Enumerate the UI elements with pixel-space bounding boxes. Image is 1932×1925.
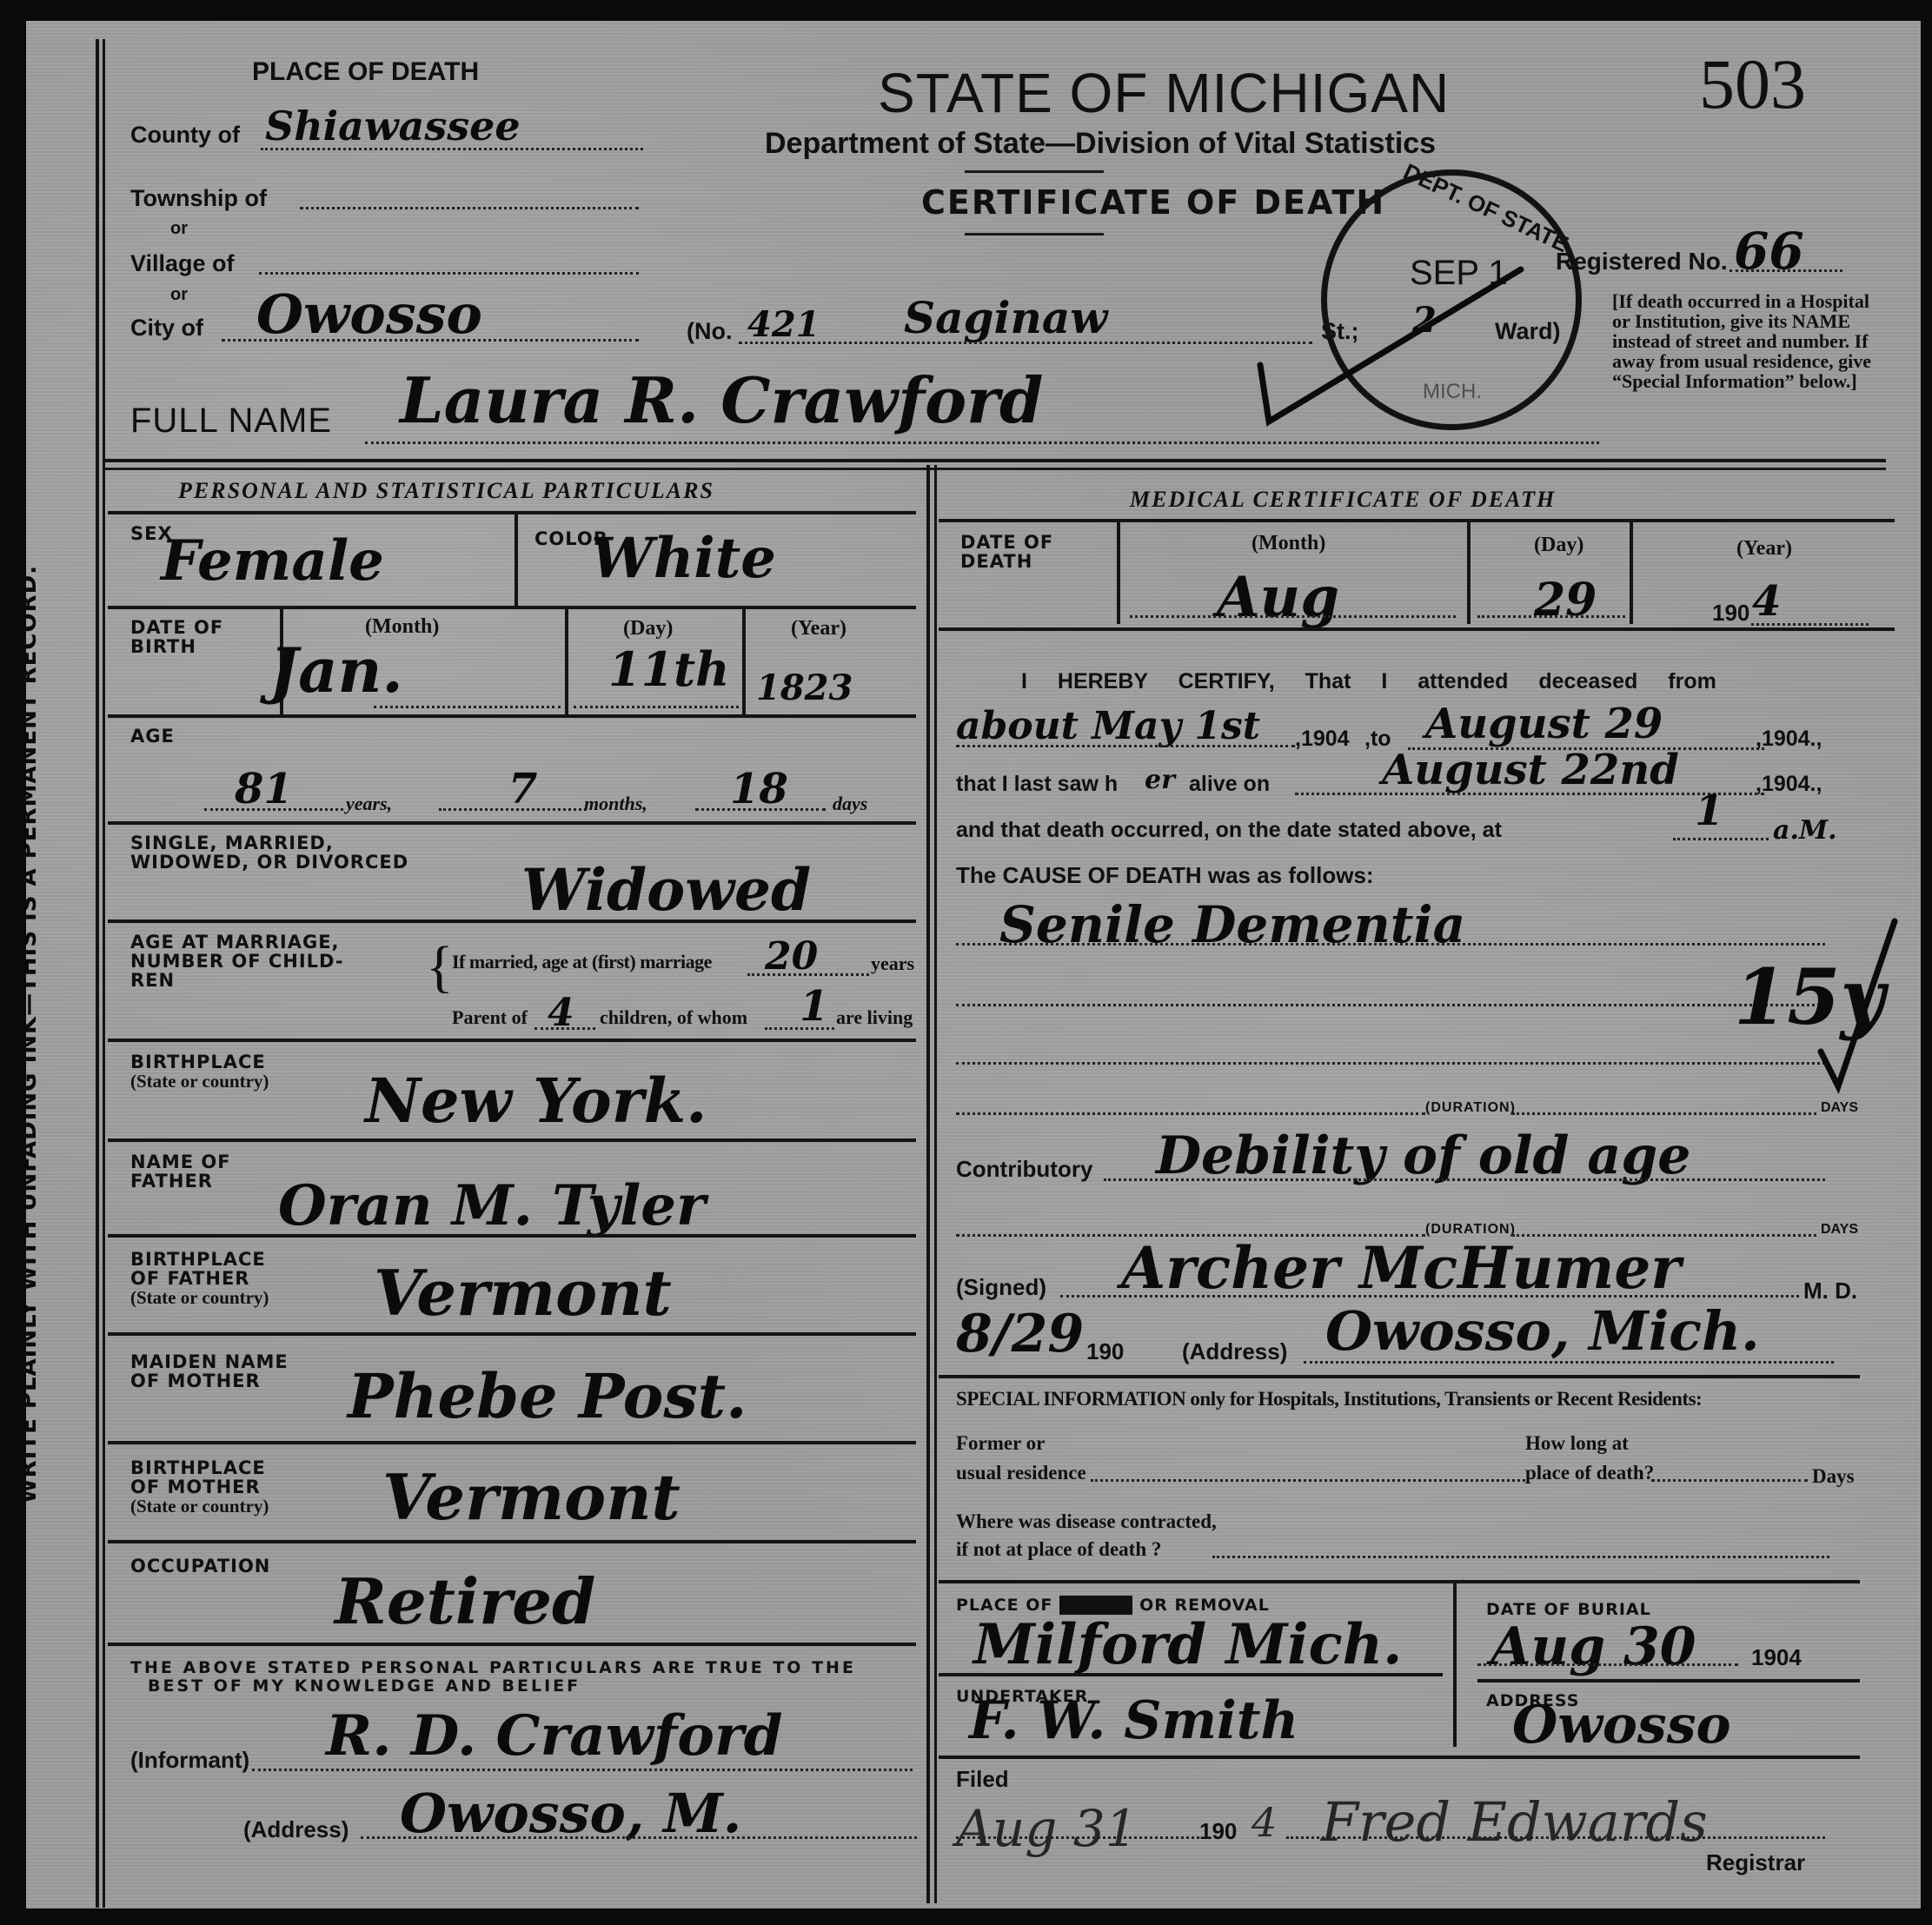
rule bbox=[108, 511, 916, 514]
duration-check-icon bbox=[1808, 913, 1903, 1095]
dod-day-label: (Day) bbox=[1534, 534, 1583, 557]
rule bbox=[695, 808, 826, 811]
rule bbox=[1477, 1679, 1860, 1683]
medical-address-value[interactable]: Owosso, Mich. bbox=[1325, 1299, 1760, 1363]
rule bbox=[956, 1112, 1425, 1115]
filed-label: Filed bbox=[956, 1766, 1009, 1793]
marriage-label-3: REN bbox=[130, 970, 175, 991]
undertaker-value[interactable]: F. W. Smith bbox=[969, 1690, 1298, 1751]
attest-line-2: BEST OF MY KNOWLEDGE AND BELIEF bbox=[148, 1676, 581, 1696]
informant-label: (Informant) bbox=[130, 1747, 249, 1774]
street-no-value[interactable]: 421 bbox=[747, 304, 820, 345]
place-of-death-heading: PLACE OF DEATH bbox=[252, 57, 479, 87]
age-days-value[interactable]: 18 bbox=[730, 765, 788, 813]
dob-label-1: DATE OF bbox=[130, 617, 223, 638]
certificate-title: CERTIFICATE OF DEATH bbox=[921, 185, 1385, 220]
rule bbox=[939, 519, 1895, 522]
father-bp-label-2: OF FATHER bbox=[130, 1268, 249, 1289]
rule bbox=[1286, 1836, 1825, 1839]
rule bbox=[108, 1332, 916, 1336]
informant-value[interactable]: R. D. Crawford bbox=[326, 1703, 782, 1769]
howlong-label-2: place of death? bbox=[1525, 1462, 1654, 1484]
street-value[interactable]: Saginaw bbox=[904, 292, 1107, 343]
alive-on-text: alive on bbox=[1189, 772, 1270, 797]
filed-value[interactable]: Aug 31 bbox=[956, 1799, 1138, 1858]
marriage-label-1: AGE AT MARRIAGE, bbox=[130, 932, 340, 953]
signed-value[interactable]: Archer McHumer bbox=[1121, 1234, 1681, 1302]
rule bbox=[1630, 521, 1633, 624]
sign-date[interactable]: 8/29 bbox=[956, 1304, 1084, 1364]
contributory-label: Contributory bbox=[956, 1156, 1092, 1183]
birthplace-value[interactable]: New York. bbox=[365, 1065, 707, 1137]
father-label-1: NAME OF bbox=[130, 1152, 231, 1172]
last-saw-her[interactable]: er bbox=[1145, 765, 1175, 795]
city-value[interactable]: Owosso bbox=[256, 282, 482, 346]
father-bp-label-3: (State or country) bbox=[130, 1287, 269, 1309]
time-value[interactable]: 1 bbox=[1695, 787, 1723, 835]
rule bbox=[765, 1027, 834, 1030]
dod-month-value[interactable]: Aug bbox=[1217, 565, 1339, 630]
howlong-label-1: How long at bbox=[1525, 1432, 1629, 1455]
father-bp-value[interactable]: Vermont bbox=[374, 1256, 672, 1330]
rule bbox=[108, 606, 916, 609]
county-line bbox=[261, 148, 643, 150]
state-title: STATE OF MICHIGAN bbox=[878, 61, 1450, 125]
birthplace-label-1: BIRTHPLACE bbox=[130, 1052, 266, 1072]
years-label: years, bbox=[346, 793, 392, 815]
sign-year: 190 bbox=[1086, 1338, 1124, 1365]
rule bbox=[939, 1756, 1860, 1759]
hospital-note: [If death occurred in a Hospital or Inst… bbox=[1612, 291, 1873, 391]
certify-text: I HEREBY CERTIFY, That I attended deceas… bbox=[1021, 669, 1716, 694]
rule bbox=[1295, 793, 1764, 795]
rule bbox=[1467, 521, 1471, 624]
signed-label: (Signed) bbox=[956, 1274, 1046, 1301]
last-saw-text: that I last saw h bbox=[956, 772, 1118, 797]
rule bbox=[108, 1441, 916, 1444]
mother-bp-label-2: OF MOTHER bbox=[130, 1477, 261, 1497]
informant-address-label: (Address) bbox=[243, 1816, 349, 1843]
dod-year-label: (Year) bbox=[1736, 537, 1792, 561]
medical-address-label: (Address) bbox=[1182, 1338, 1287, 1365]
marital-label-1: SINGLE, MARRIED, bbox=[130, 833, 334, 853]
mother-bp-label-3: (State or country) bbox=[130, 1496, 269, 1517]
age-years-value[interactable]: 81 bbox=[235, 765, 293, 813]
cause-label: The CAUSE OF DEATH was as follows: bbox=[956, 862, 1374, 889]
rule bbox=[1104, 1178, 1825, 1181]
age-label: AGE bbox=[130, 726, 175, 747]
occurred-text: and that death occurred, on the date sta… bbox=[956, 818, 1502, 843]
village-label: Village of bbox=[130, 250, 235, 277]
rule bbox=[515, 513, 518, 608]
age-months-value[interactable]: 7 bbox=[508, 765, 537, 813]
township-value[interactable] bbox=[304, 174, 634, 209]
registrar-signature[interactable]: Fred Edwards bbox=[1321, 1790, 1708, 1854]
full-name-value[interactable]: Laura R. Crawford bbox=[400, 363, 1043, 437]
dob-day-value[interactable]: 11th bbox=[608, 641, 729, 697]
contracted-input[interactable] bbox=[1212, 1556, 1829, 1558]
dob-month-value[interactable]: Jan. bbox=[269, 634, 403, 707]
father-value[interactable]: Oran M. Tyler bbox=[278, 1173, 706, 1238]
rule bbox=[108, 1540, 916, 1543]
rule bbox=[956, 1836, 1199, 1839]
color-value[interactable]: White bbox=[591, 526, 776, 591]
mother-bp-label-1: BIRTHPLACE bbox=[130, 1457, 266, 1478]
filed-year: 190 bbox=[1199, 1818, 1237, 1845]
mother-value[interactable]: Phebe Post. bbox=[348, 1360, 747, 1432]
rule bbox=[1673, 838, 1769, 840]
registered-no-label: Registered No. bbox=[1556, 248, 1728, 275]
rule bbox=[1453, 1583, 1457, 1747]
county-value[interactable]: Shiawassee bbox=[265, 103, 521, 149]
living-value[interactable]: 1 bbox=[800, 982, 828, 1031]
street-no-label: (No. bbox=[687, 318, 732, 345]
special-heading: SPECIAL INFORMATION only for Hospitals, … bbox=[956, 1388, 1702, 1411]
form-number: 503 bbox=[1699, 43, 1806, 125]
year-2: ,1904., bbox=[1756, 727, 1822, 752]
contracted-label-2: if not at place of death ? bbox=[956, 1538, 1161, 1561]
dob-day-label: (Day) bbox=[623, 617, 673, 641]
father-label-2: FATHER bbox=[130, 1171, 213, 1192]
contracted-label-1: Where was disease contracted, bbox=[956, 1510, 1217, 1533]
rule bbox=[108, 714, 916, 718]
rule bbox=[1060, 1295, 1799, 1298]
father-bp-label-1: BIRTHPLACE bbox=[130, 1249, 266, 1270]
rule bbox=[108, 1234, 916, 1238]
rule bbox=[361, 1836, 917, 1839]
rule bbox=[108, 1643, 916, 1646]
left-border-rule bbox=[96, 39, 99, 1908]
birthplace-label-2: (State or country) bbox=[130, 1071, 269, 1092]
days-label: days bbox=[833, 793, 867, 815]
township-line bbox=[300, 207, 639, 209]
rule bbox=[439, 808, 587, 811]
married-age-value[interactable]: 20 bbox=[765, 934, 818, 979]
howlong-unit: Days bbox=[1812, 1465, 1855, 1488]
left-border-rule-inner bbox=[103, 39, 105, 1908]
margin-instruction: WRITE PLAINLY WITH UNFADING INK—THIS IS … bbox=[16, 565, 42, 1503]
duration-label-1: (DURATION) bbox=[1425, 1100, 1516, 1116]
dob-year-label: (Year) bbox=[791, 617, 846, 641]
rule bbox=[108, 1039, 916, 1042]
registrar-label: Registrar bbox=[1706, 1849, 1805, 1876]
dod-year-suffix[interactable]: 4 bbox=[1752, 577, 1781, 626]
personal-heading: PERSONAL AND STATISTICAL PARTICULARS bbox=[178, 478, 714, 504]
rule bbox=[939, 627, 1895, 631]
title-rule-bottom bbox=[965, 233, 1104, 236]
rule bbox=[108, 919, 916, 923]
dod-label-2: DEATH bbox=[960, 551, 1032, 572]
burial-year: 1904 bbox=[1751, 1644, 1802, 1671]
last-saw-date[interactable]: August 22nd bbox=[1382, 746, 1679, 794]
full-name-label: FULL NAME bbox=[130, 402, 332, 441]
burial-place-value[interactable]: Milford Mich. bbox=[973, 1612, 1402, 1677]
occupation-label: OCCUPATION bbox=[130, 1556, 270, 1577]
or-label-1: or bbox=[170, 219, 188, 239]
rule bbox=[1512, 1112, 1816, 1115]
city-line bbox=[222, 339, 639, 342]
marital-value[interactable]: Widowed bbox=[521, 856, 811, 924]
md-label: M. D. bbox=[1803, 1278, 1857, 1304]
dod-year-prefix: 190 bbox=[1712, 600, 1749, 627]
children-text: children, of whom bbox=[600, 1006, 747, 1029]
county-label: County of bbox=[130, 122, 240, 149]
township-label: Township of bbox=[130, 185, 267, 212]
rule bbox=[374, 706, 561, 708]
burial-date-value[interactable]: Aug 30 bbox=[1490, 1616, 1696, 1677]
rule bbox=[1477, 1663, 1738, 1666]
sex-value[interactable]: Female bbox=[161, 528, 384, 594]
rule bbox=[939, 1673, 1443, 1676]
village-value[interactable] bbox=[265, 239, 630, 274]
contributory-value[interactable]: Debility of old age bbox=[1156, 1125, 1690, 1186]
center-divider-inner bbox=[934, 465, 937, 1903]
village-line bbox=[259, 272, 639, 275]
rule bbox=[252, 1769, 913, 1771]
parent-of-text: Parent of bbox=[452, 1006, 528, 1029]
section-rule-top-inner bbox=[104, 468, 1886, 470]
city-label: City of bbox=[130, 315, 203, 342]
rule bbox=[565, 608, 568, 717]
dod-label-1: DATE OF bbox=[960, 532, 1053, 553]
year-1: ,1904 bbox=[1295, 727, 1350, 752]
rule bbox=[108, 1138, 916, 1142]
attend-to-value[interactable]: August 29 bbox=[1425, 700, 1663, 748]
time-unit: a.M. bbox=[1773, 815, 1837, 846]
check-mark-icon bbox=[1243, 261, 1538, 435]
burial-address-value[interactable]: Owosso bbox=[1512, 1695, 1731, 1756]
brace: { bbox=[426, 939, 454, 996]
rule bbox=[574, 706, 739, 708]
dod-month-label: (Month) bbox=[1251, 532, 1325, 555]
mother-label-2: OF MOTHER bbox=[130, 1371, 261, 1391]
rule bbox=[1477, 615, 1625, 618]
or-label-2: or bbox=[170, 285, 188, 305]
cause-line-2 bbox=[956, 1004, 1825, 1006]
marital-label-2: WIDOWED, OR DIVORCED bbox=[130, 852, 408, 873]
center-divider bbox=[926, 465, 930, 1903]
medical-heading: MEDICAL CERTIFICATE OF DEATH bbox=[1130, 487, 1556, 513]
duration-days-label-2: DAYS bbox=[1821, 1222, 1858, 1238]
marriage-label-2: NUMBER OF CHILD- bbox=[130, 951, 344, 972]
dob-label-2: BIRTH bbox=[130, 636, 196, 657]
former-residence-input[interactable] bbox=[1091, 1479, 1525, 1482]
living-text: are living bbox=[836, 1006, 913, 1029]
rule bbox=[1751, 623, 1869, 626]
former-label-2: usual residence bbox=[956, 1462, 1086, 1484]
rule bbox=[939, 1580, 1860, 1583]
cause-line-1 bbox=[956, 943, 1825, 946]
dod-day-value[interactable]: 29 bbox=[1534, 574, 1597, 627]
rule bbox=[1117, 521, 1120, 624]
rule bbox=[534, 1027, 595, 1030]
howlong-input[interactable] bbox=[1651, 1479, 1808, 1482]
cause-line-3 bbox=[956, 1062, 1825, 1065]
rule bbox=[204, 808, 343, 811]
section-rule-top bbox=[104, 459, 1886, 462]
rule bbox=[956, 745, 1295, 747]
dob-year-value[interactable]: 1823 bbox=[756, 667, 853, 708]
duration-days-label-1: DAYS bbox=[1821, 1100, 1858, 1116]
department-title: Department of State—Division of Vital St… bbox=[765, 127, 1436, 161]
rule bbox=[1304, 1361, 1834, 1364]
rule bbox=[939, 1375, 1860, 1378]
married-age-unit: years bbox=[871, 953, 914, 975]
rule bbox=[108, 821, 916, 825]
filed-year-suffix[interactable]: 4 bbox=[1251, 1799, 1277, 1846]
year-3: ,1904., bbox=[1756, 772, 1822, 797]
rule bbox=[747, 973, 869, 976]
rule bbox=[742, 608, 746, 717]
mother-label-1: MAIDEN NAME bbox=[130, 1351, 289, 1372]
months-label: months, bbox=[584, 793, 647, 815]
full-name-line bbox=[365, 441, 1599, 444]
rule bbox=[1130, 615, 1456, 618]
married-age-text: If married, age at (first) marriage bbox=[452, 951, 712, 973]
title-rule-top bbox=[965, 170, 1104, 173]
mother-bp-value[interactable]: Vermont bbox=[382, 1460, 681, 1534]
occupation-value[interactable]: Retired bbox=[335, 1564, 595, 1638]
street-line bbox=[739, 342, 1312, 344]
registered-no-line bbox=[1730, 269, 1842, 272]
former-label-1: Former or bbox=[956, 1432, 1045, 1455]
attend-from-value[interactable]: about May 1st bbox=[956, 704, 1260, 748]
